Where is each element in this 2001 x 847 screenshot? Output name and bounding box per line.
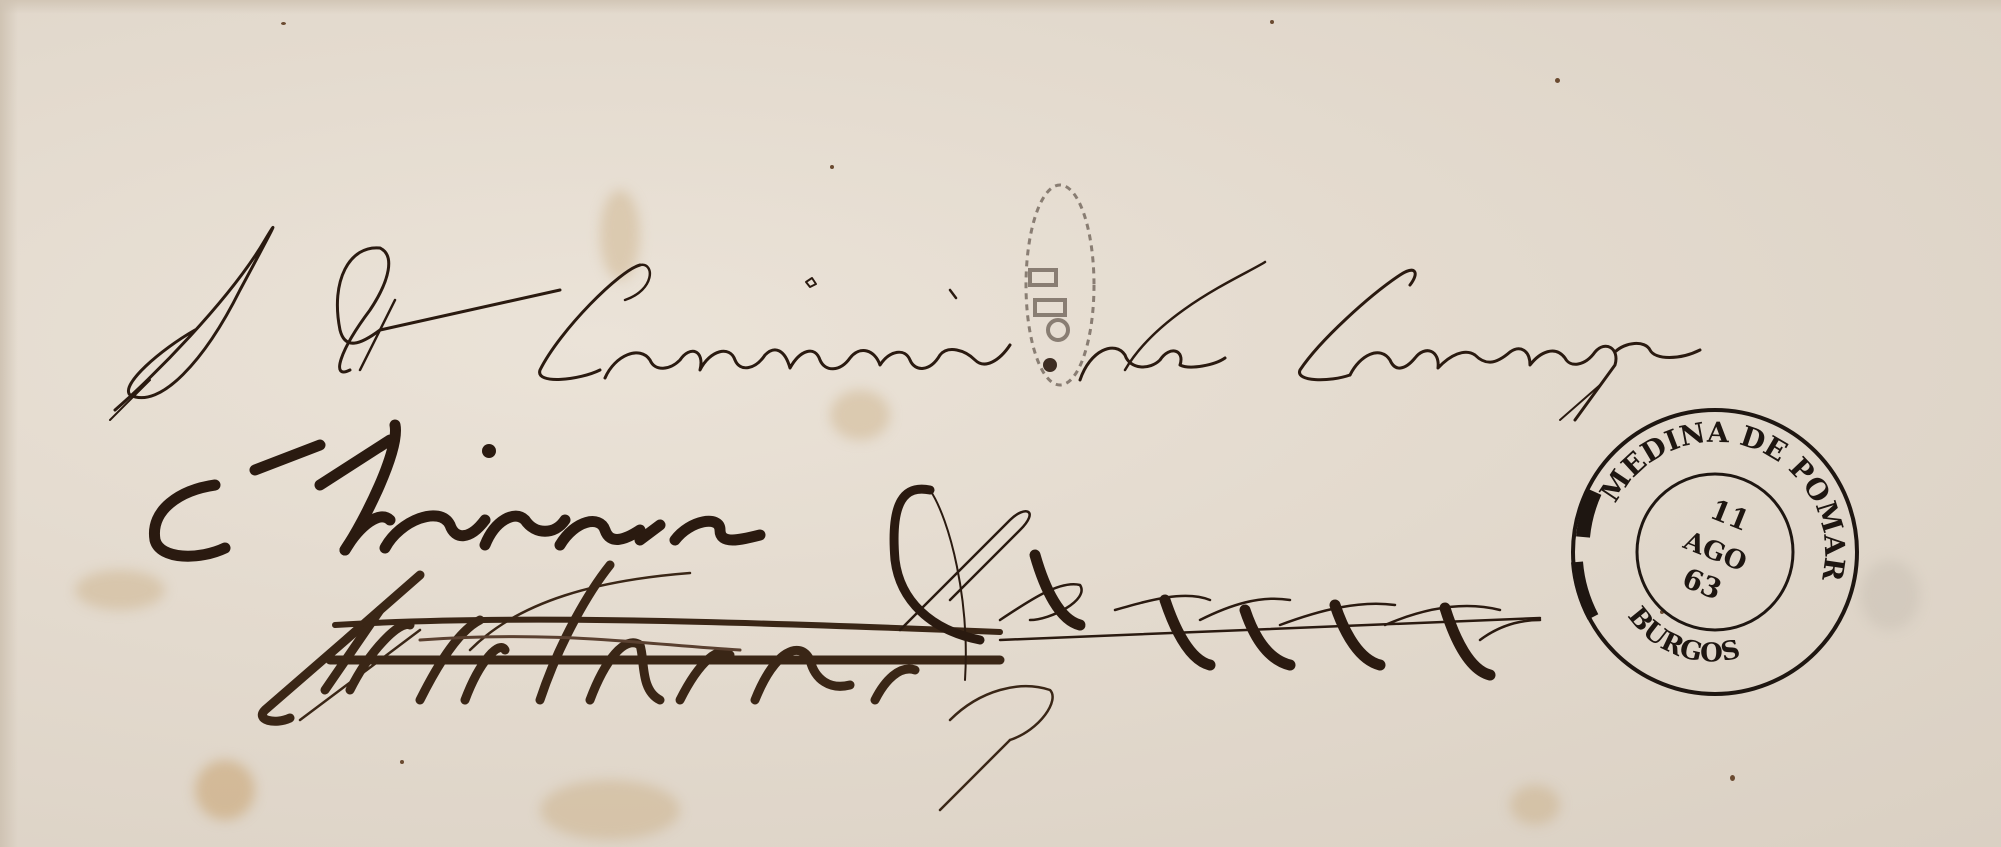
envelope-cover: MEDINA DE POMAR BURGOS 11 AGO 63 S. D. C… — [0, 0, 2001, 847]
postmark-circular-datestamp: MEDINA DE POMAR BURGOS 11 AGO 63 — [1565, 402, 1865, 702]
faint-oval-stamp — [1026, 185, 1094, 385]
postmark-day: 11 — [1706, 493, 1754, 538]
